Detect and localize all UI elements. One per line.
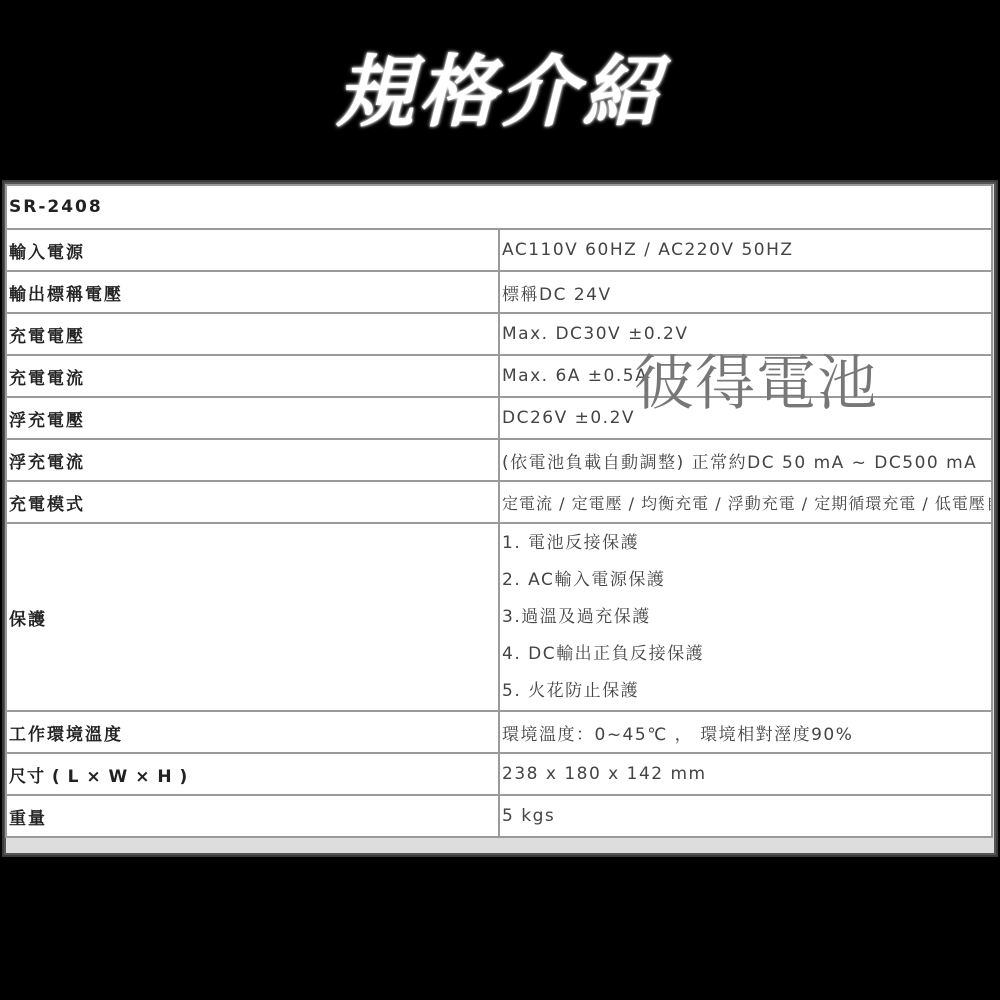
row-value: 238 x 180 x 142 mm bbox=[499, 753, 992, 795]
row-label: 充電模式 bbox=[6, 481, 499, 523]
protection-list: 1. 電池反接保護 2. AC輸入電源保護 3.過溫及過充保護 4. DC輸出正… bbox=[499, 523, 992, 711]
model-number: SR-2408 bbox=[6, 185, 992, 229]
row-value: 環境溫度：0~45℃ ， 環境相對溼度90% bbox=[499, 711, 992, 753]
table-header-row: SR-2408 bbox=[6, 185, 992, 229]
row-value: 定電流 / 定電壓 / 均衡充電 / 浮動充電 / 定期循環充電 / 低電壓自動… bbox=[499, 481, 992, 523]
row-value: 標稱DC 24V bbox=[499, 271, 992, 313]
protection-item: 2. AC輸入電源保護 bbox=[502, 562, 991, 599]
row-value: (依電池負載自動調整) 正常約DC 50 mA ~ DC500 mA bbox=[499, 439, 992, 481]
row-value: Max. DC30V ±0.2V bbox=[499, 313, 992, 355]
row-value: DC26V ±0.2V bbox=[499, 397, 992, 439]
row-label: 輸出標稱電壓 bbox=[6, 271, 499, 313]
table-row: 充電電壓 Max. DC30V ±0.2V bbox=[6, 313, 992, 355]
row-value: 5 kgs bbox=[499, 795, 992, 837]
table-row: 尺寸 ( L × W × H ) 238 x 180 x 142 mm bbox=[6, 753, 992, 795]
page-title: 規格介紹 bbox=[0, 38, 1000, 148]
table-row: 工作環境溫度 環境溫度：0~45℃ ， 環境相對溼度90% bbox=[6, 711, 992, 753]
table-row: 輸出標稱電壓 標稱DC 24V bbox=[6, 271, 992, 313]
protection-item: 3.過溫及過充保護 bbox=[502, 599, 991, 636]
row-label: 保護 bbox=[6, 523, 499, 711]
row-label: 工作環境溫度 bbox=[6, 711, 499, 753]
table-row: 浮充電壓 DC26V ±0.2V bbox=[6, 397, 992, 439]
row-value: AC110V 60HZ / AC220V 50HZ bbox=[499, 229, 992, 271]
table-row: 浮充電流 (依電池負載自動調整) 正常約DC 50 mA ~ DC500 mA bbox=[6, 439, 992, 481]
row-value: Max. 6A ±0.5A bbox=[499, 355, 992, 397]
protection-item: 5. 火花防止保護 bbox=[502, 673, 991, 710]
row-label: 充電電壓 bbox=[6, 313, 499, 355]
row-label: 充電電流 bbox=[6, 355, 499, 397]
table-row: 重量 5 kgs bbox=[6, 795, 992, 837]
protection-item: 1. 電池反接保護 bbox=[502, 525, 991, 562]
row-label: 浮充電壓 bbox=[6, 397, 499, 439]
row-label: 浮充電流 bbox=[6, 439, 499, 481]
protection-row: 保護 1. 電池反接保護 2. AC輸入電源保護 3.過溫及過充保護 4. DC… bbox=[6, 523, 992, 711]
table-row: 充電電流 Max. 6A ±0.5A bbox=[6, 355, 992, 397]
table-row: 輸入電源 AC110V 60HZ / AC220V 50HZ bbox=[6, 229, 992, 271]
spec-table: SR-2408 輸入電源 AC110V 60HZ / AC220V 50HZ 輸… bbox=[5, 184, 993, 838]
row-label: 輸入電源 bbox=[6, 229, 499, 271]
row-label: 尺寸 ( L × W × H ) bbox=[6, 753, 499, 795]
row-label: 重量 bbox=[6, 795, 499, 837]
table-row: 充電模式 定電流 / 定電壓 / 均衡充電 / 浮動充電 / 定期循環充電 / … bbox=[6, 481, 992, 523]
protection-item: 4. DC輸出正負反接保護 bbox=[502, 636, 991, 673]
